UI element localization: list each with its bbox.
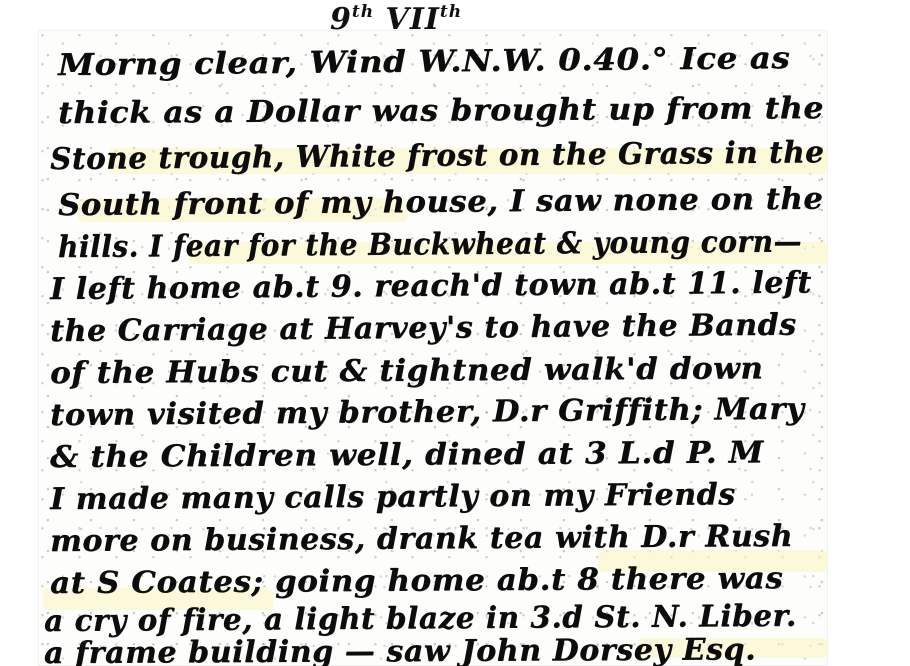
diary-line: I made many calls partly on my Friends (50, 477, 736, 517)
diary-line: of the Hubs cut & tightned walk'd down (50, 351, 764, 391)
diary-line: Morng clear, Wind W.N.W. 0.40.° Ice as (58, 41, 791, 83)
date-month: VII (386, 2, 440, 37)
diary-line: more on business, drank tea with D.r Rus… (50, 519, 793, 559)
diary-line: Stone trough, White frost on the Grass i… (50, 135, 825, 177)
diary-line: I left home ab.t 9. reach'd town ab.t 11… (50, 265, 812, 307)
diary-line: South front of my house, I saw none on t… (58, 181, 824, 223)
date-day: 9 (330, 2, 352, 37)
diary-line: a frame building — saw John Dorsey Esq. (44, 632, 756, 666)
diary-line: the Carriage at Harvey's to have the Ban… (50, 307, 797, 349)
diary-line: thick as a Dollar was brought up from th… (58, 91, 824, 131)
diary-line: hills. I fear for the Buckwheat & young … (58, 224, 802, 265)
diary-line: town visited my brother, D.r Griffith; M… (50, 392, 805, 433)
date-month-suffix: th (440, 2, 462, 22)
diary-line: & the Children well, dined at 3 L.d P. M (50, 435, 764, 475)
date-day-suffix: th (352, 2, 374, 22)
date-heading: 9th VIIth (330, 2, 462, 37)
diary-line: at S Coates; going home ab.t 8 there was (50, 561, 784, 601)
